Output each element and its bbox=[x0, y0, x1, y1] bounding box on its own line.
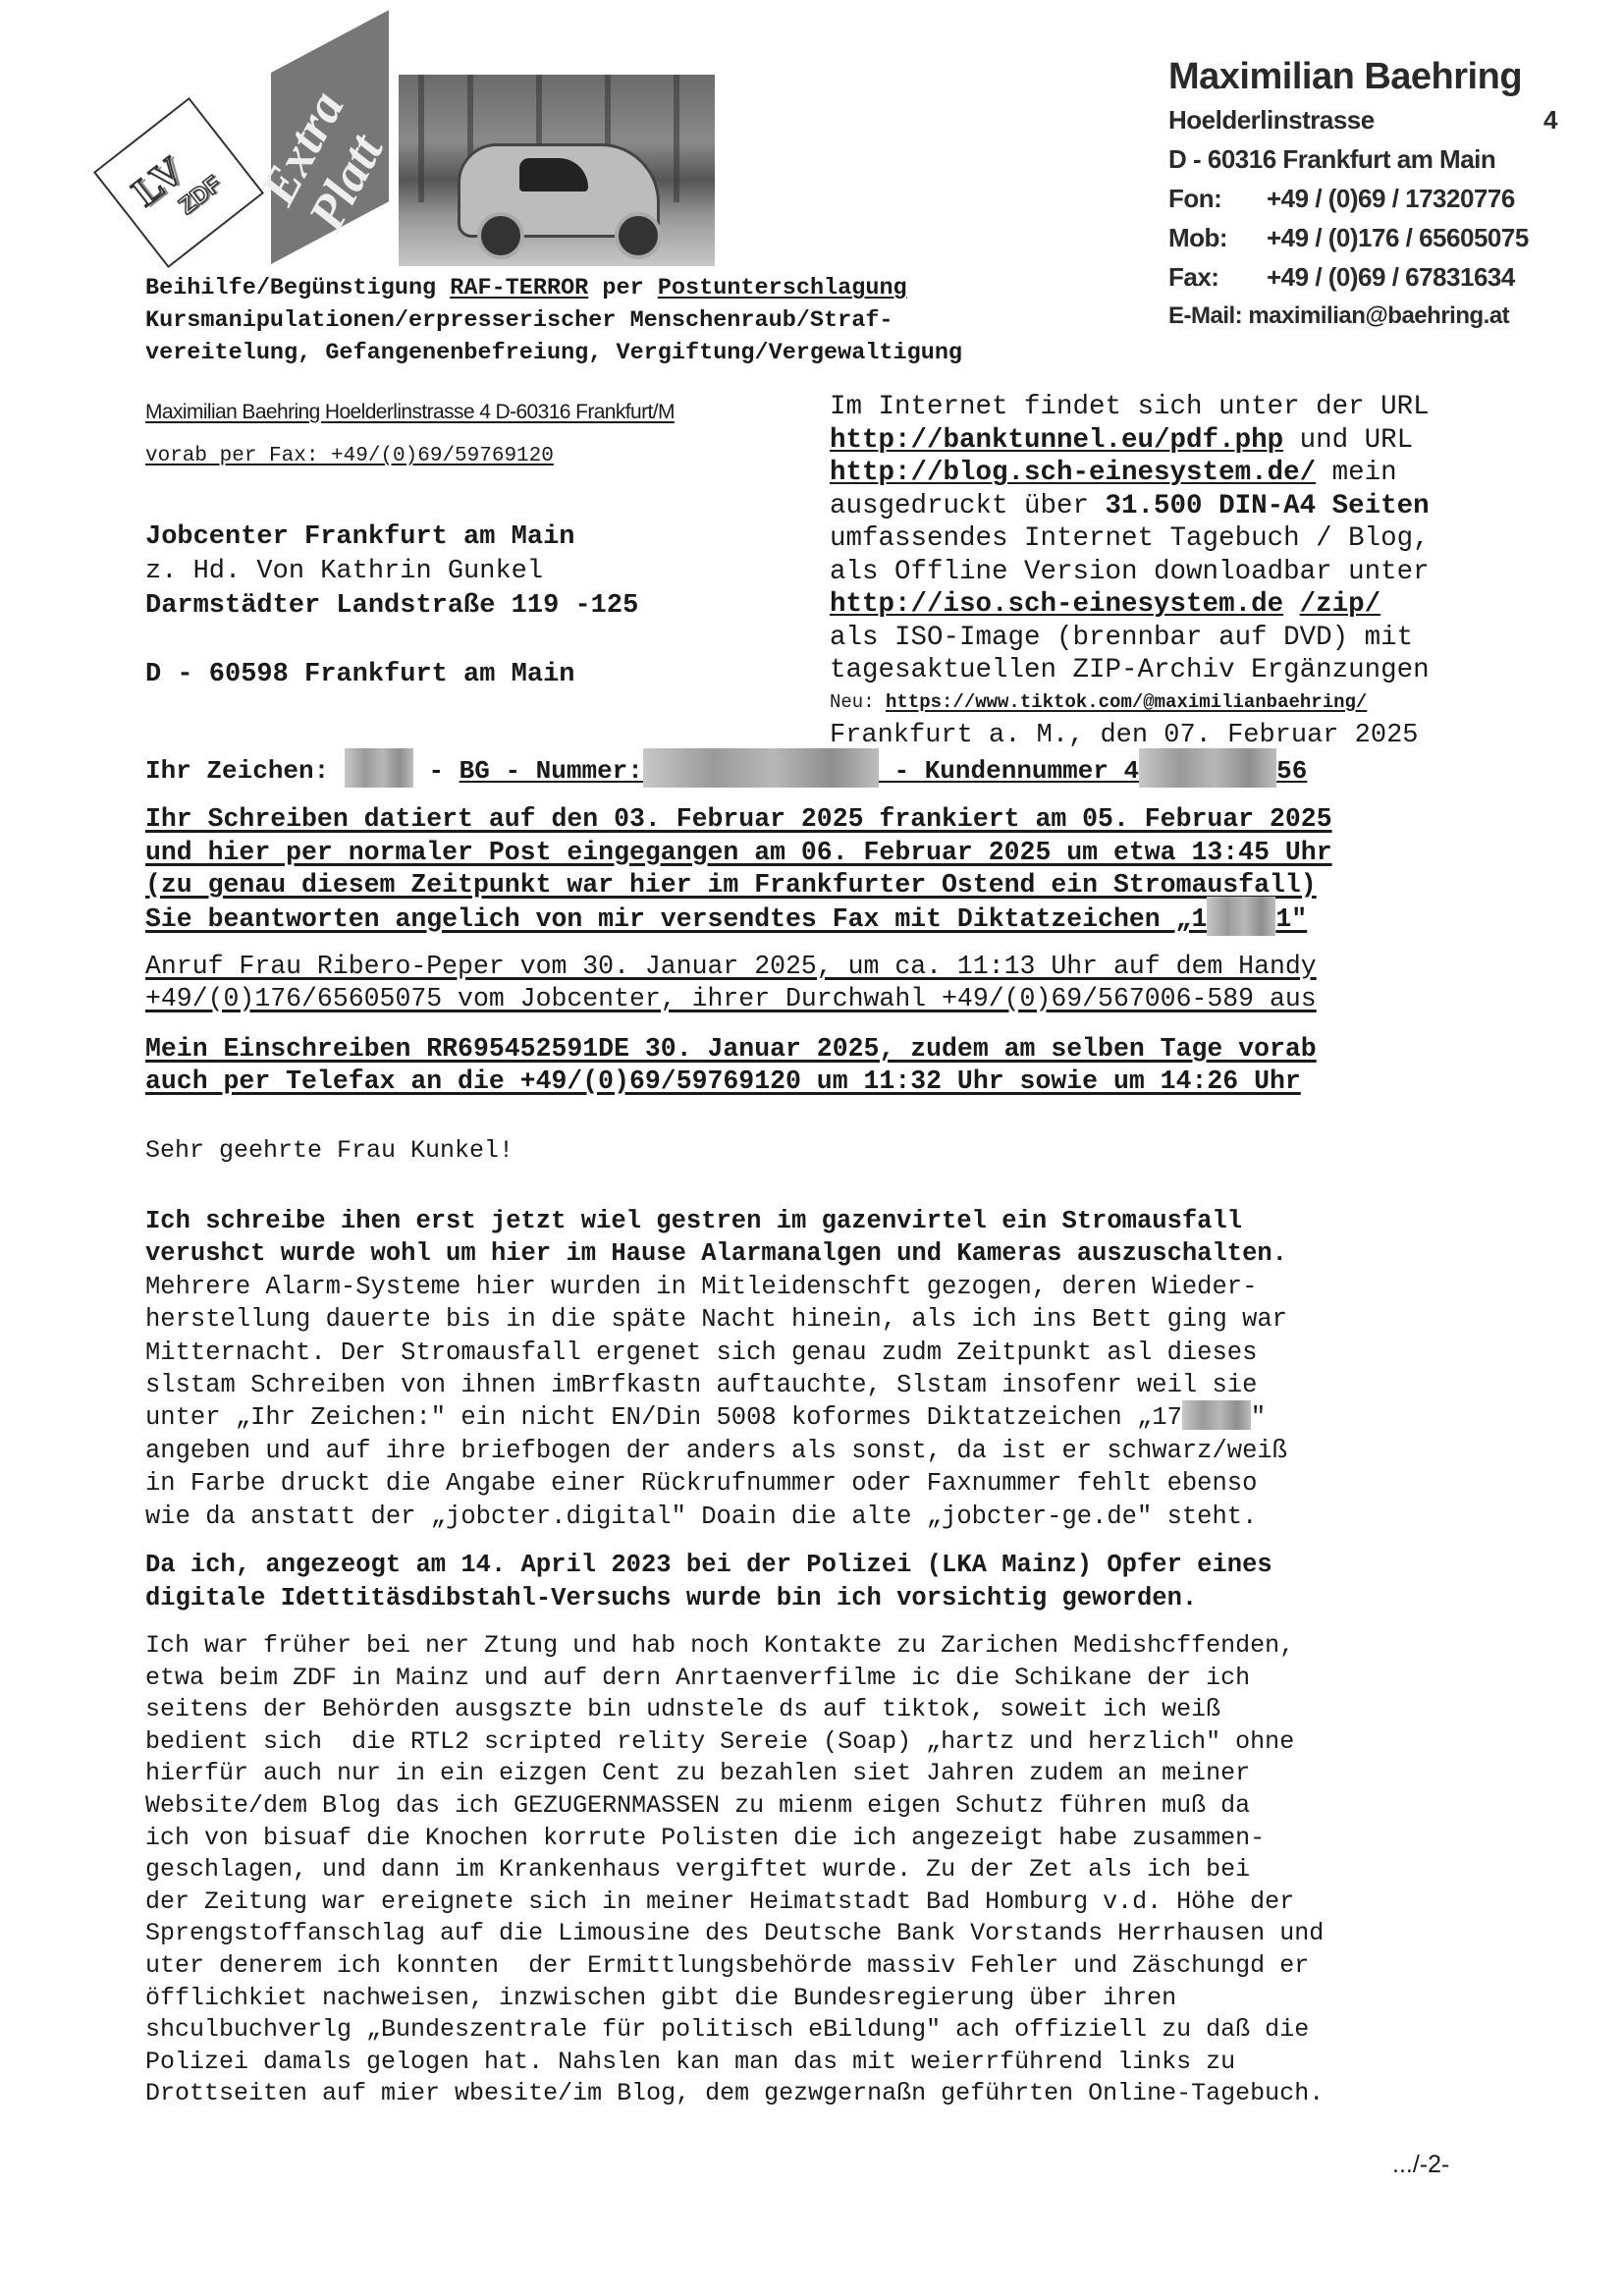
sender-phone: Fon: +49 / (0)69 / 17320776 bbox=[1168, 179, 1561, 218]
sender-mobile: Mob: +49 / (0)176 / 65605075 bbox=[1168, 218, 1561, 257]
body-paragraph-3: Ich war früher bei ner Ztung und hab noc… bbox=[145, 1630, 1500, 2110]
sender-email[interactable]: maximilian@baehring.at bbox=[1248, 297, 1509, 336]
redacted-bg-nummer bbox=[643, 748, 879, 788]
sender-email-line: E-Mail: maximilian@baehring.at bbox=[1168, 297, 1561, 336]
sender-fax: Fax: +49 / (0)69 / 67831634 bbox=[1168, 257, 1561, 297]
website-info-block: Im Internet findet sich unter der URL ht… bbox=[830, 391, 1507, 717]
subject-line-1: Beihilfe/Begünstigung RAF-TERROR per Pos… bbox=[145, 272, 962, 304]
subject-line-3: vereitelung, Gefangenenbefreiung, Vergif… bbox=[145, 337, 962, 369]
wrecked-car-photo bbox=[399, 75, 715, 266]
sender-name: Maximilian Baehring bbox=[1168, 53, 1561, 100]
redacted-ihr-zeichen bbox=[345, 748, 413, 788]
recipient-street: Darmstädter Landstraße 119 -125 bbox=[145, 589, 638, 624]
letter-notice: Ihr Schreiben datiert auf den 03. Februa… bbox=[145, 803, 1332, 936]
recipient-org: Jobcenter Frankfurt am Main bbox=[145, 520, 638, 555]
redacted-diktatzeichen bbox=[1207, 897, 1275, 936]
link-banktunnel[interactable]: http://banktunnel.eu/pdf.php bbox=[830, 425, 1283, 456]
page-continuation: .../-2- bbox=[1392, 2151, 1449, 2179]
call-note: Anruf Frau Ribero-Peper vom 30. Januar 2… bbox=[145, 951, 1317, 1014]
redacted-kundennummer bbox=[1139, 748, 1276, 788]
sender-street-line: Hoelderlinstrasse 4 bbox=[1168, 100, 1557, 139]
salutation: Sehr geehrte Frau Kunkel! bbox=[145, 1136, 514, 1165]
redacted-diktatzeichen-2 bbox=[1182, 1400, 1251, 1430]
link-blog[interactable]: http://blog.sch-einesystem.de/ bbox=[830, 458, 1316, 488]
recipient-city: D - 60598 Frankfurt am Main bbox=[145, 658, 638, 692]
link-tiktok[interactable]: https://www.tiktok.com/@maximilianbaehri… bbox=[886, 691, 1367, 713]
return-address: Maximilian Baehring Hoelderlinstrasse 4 … bbox=[145, 401, 675, 424]
link-iso[interactable]: http://iso.sch-einesystem.de bbox=[830, 589, 1283, 620]
subject-line-2: Kursmanipulationen/erpresserischer Mensc… bbox=[145, 304, 962, 337]
body-paragraph-2: Da ich, angezeogt am 14. April 2023 bei … bbox=[145, 1549, 1500, 1614]
reference-line: Ihr Zeichen: - BG - Nummer: - Kundennumm… bbox=[145, 754, 1307, 788]
registered-mail-note: Mein Einschreiben RR695452591DE 30. Janu… bbox=[145, 1033, 1317, 1097]
link-zip[interactable]: /zip/ bbox=[1300, 589, 1381, 620]
letterhead-banner-image: LV ZDF Extra Platt bbox=[106, 65, 715, 266]
subject-block: Beihilfe/Begünstigung RAF-TERROR per Pos… bbox=[145, 272, 962, 369]
body-paragraph-1: Ich schreibe ihen erst jetzt wiel gestre… bbox=[145, 1205, 1500, 1533]
fax-prior-note: vorab per Fax: +49/(0)69/59769120 bbox=[145, 445, 554, 467]
lv-zdf-logo: LV ZDF bbox=[93, 97, 264, 268]
recipient-address: Jobcenter Frankfurt am Main z. Hd. Von K… bbox=[145, 520, 638, 692]
recipient-attention: z. Hd. Von Kathrin Gunkel bbox=[145, 555, 638, 589]
sender-house-number: 4 bbox=[1543, 100, 1557, 139]
sender-city: D - 60316 Frankfurt am Main bbox=[1168, 139, 1561, 179]
letter-date: Frankfurt a. M., den 07. Februar 2025 bbox=[830, 721, 1419, 750]
sender-block: Maximilian Baehring Hoelderlinstrasse 4 … bbox=[1168, 53, 1561, 336]
sender-street: Hoelderlinstrasse bbox=[1168, 100, 1375, 139]
